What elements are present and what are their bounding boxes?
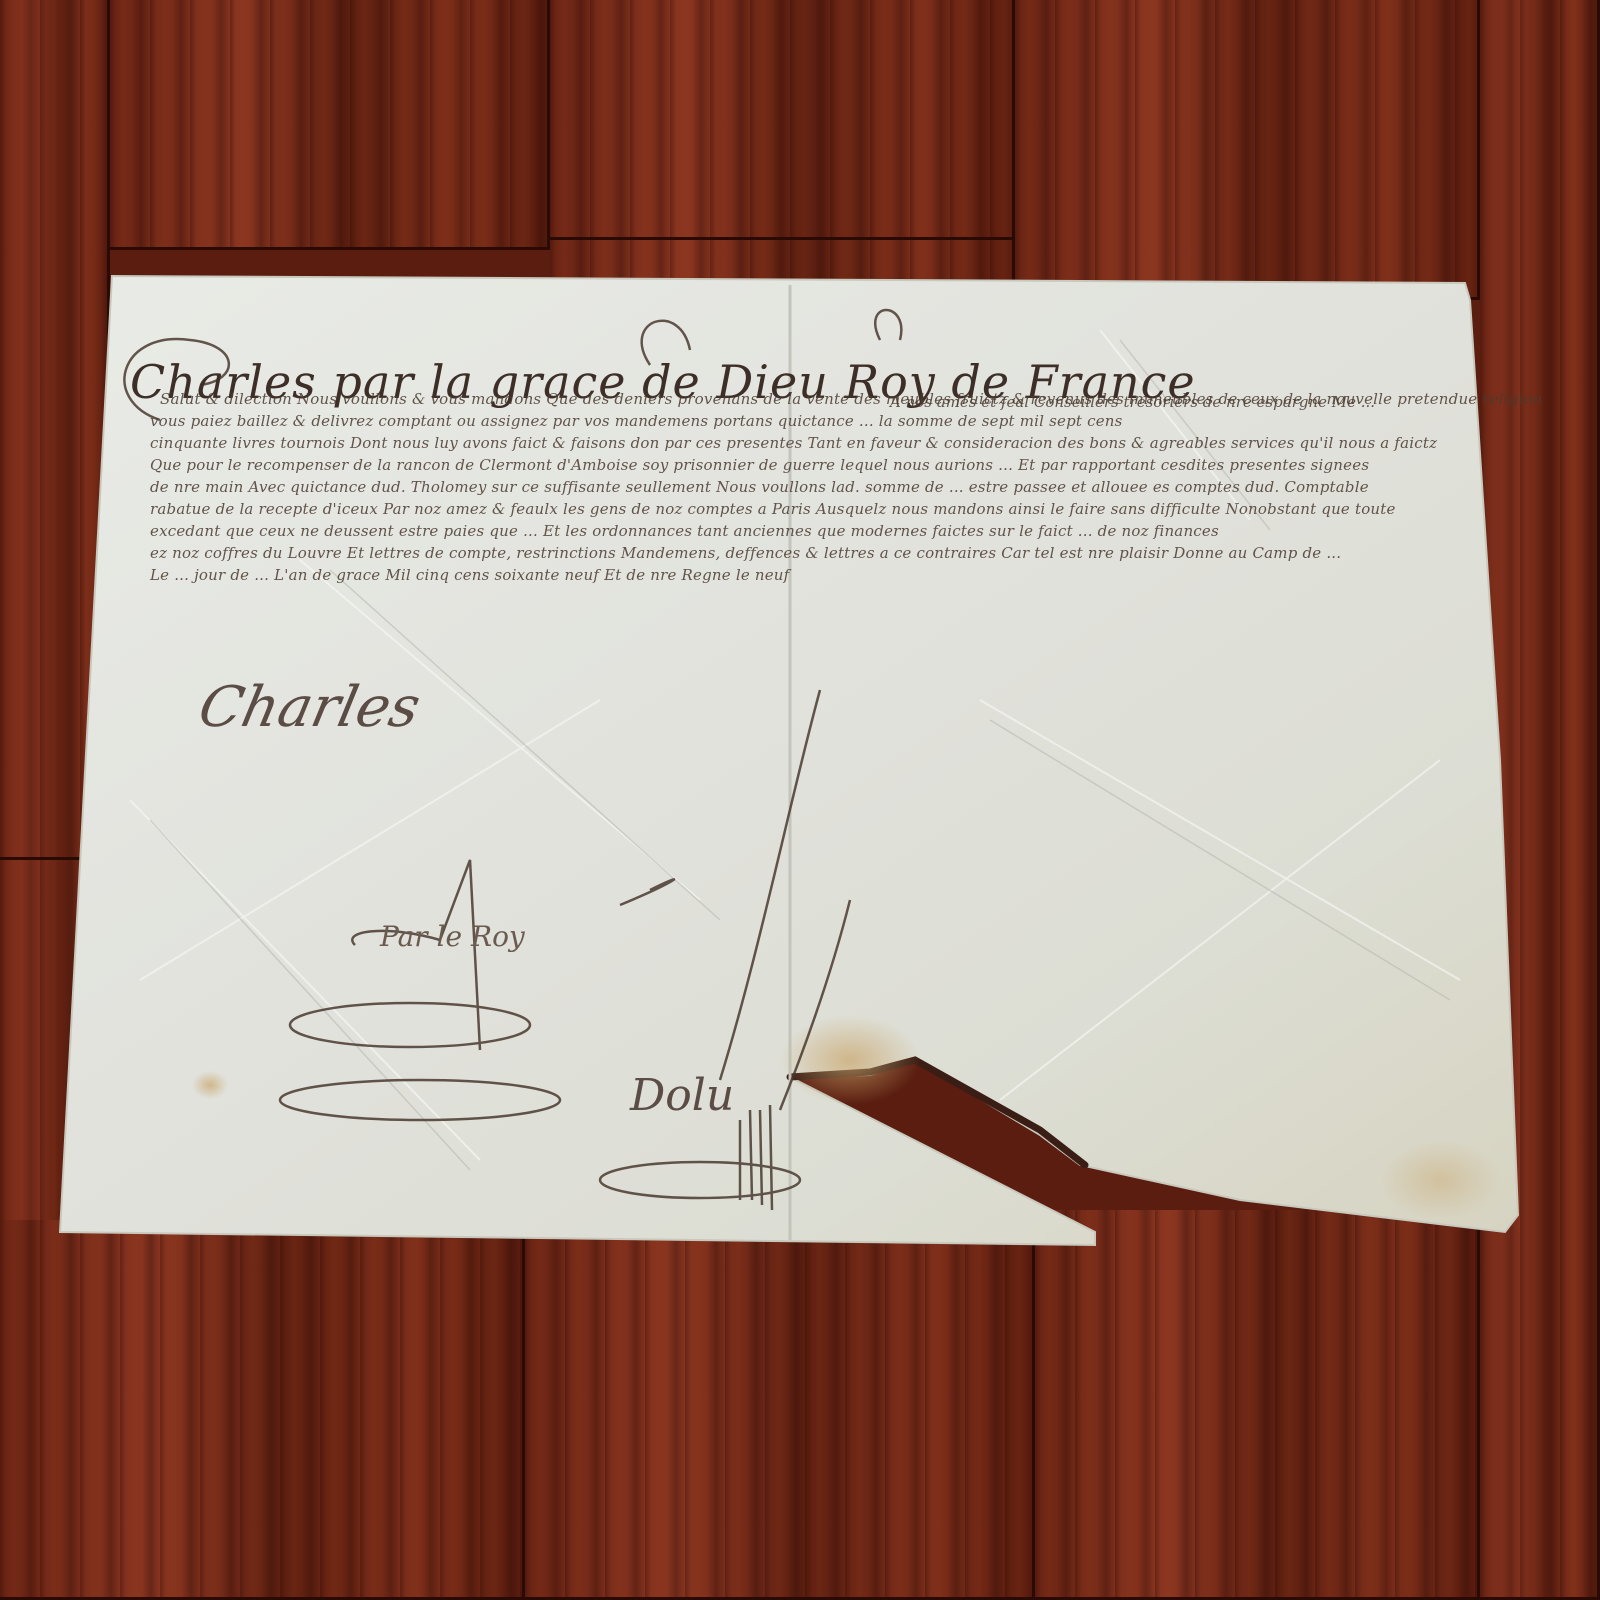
document-line: ez noz coffres du Louvre Et lettres de c… — [150, 542, 1470, 564]
document-line: rabatue de la recepte d'iceux Par noz am… — [150, 498, 1470, 520]
document-line: de nre main Avec quictance dud. Tholomey… — [150, 476, 1470, 498]
king-signature: Charles — [193, 675, 426, 740]
document-line: vous paiez baillez & delivrez comptant o… — [150, 410, 1470, 432]
document-line: Que pour le recompenser de la rancon de … — [150, 454, 1470, 476]
document-line: cinquante livres tournois Dont nous luy … — [150, 432, 1470, 454]
document-line: Salut & dilection Nous voullons & vous m… — [150, 388, 1470, 410]
document-body: Salut & dilection Nous voullons & vous m… — [150, 388, 1470, 586]
countersign-par-le-roy: Par le Roy — [380, 920, 525, 953]
document-line: Le ... jour de ... L'an de grace Mil cin… — [150, 564, 1470, 586]
parchment-shape — [0, 0, 1600, 1600]
parchment-document: Charles par la grace de Dieu Roy de Fran… — [0, 0, 1600, 1600]
document-line: excedant que ceux ne deussent estre paie… — [150, 520, 1470, 542]
secretary-signature: Dolu — [630, 1070, 734, 1121]
